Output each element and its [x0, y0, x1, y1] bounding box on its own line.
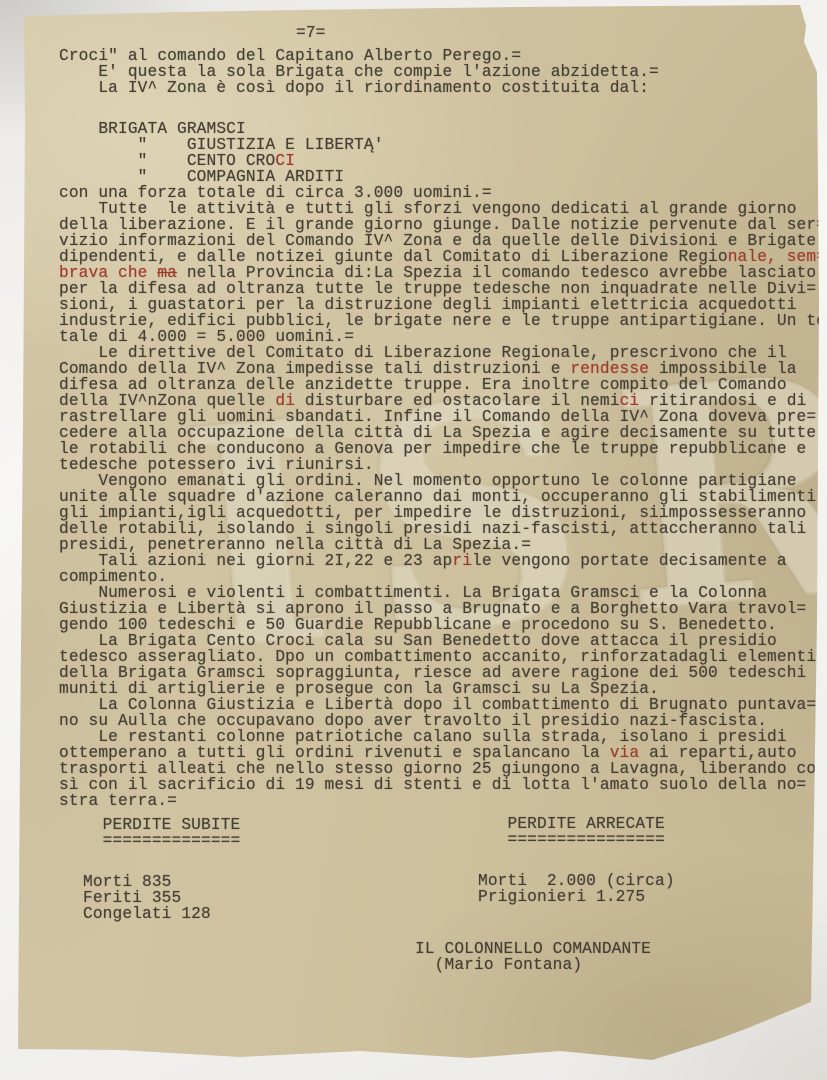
text-line: Morti 835 — [83, 874, 240, 890]
text-line: BRIGATA GRAMSCI — [59, 121, 827, 137]
text-line: della Brigata Gramsci sopraggiunta, ries… — [59, 665, 827, 681]
text-line: PERDITE SUBITE — [83, 817, 240, 833]
text-line: dipendenti, e dalle notizei giunte dal C… — [59, 249, 827, 265]
text-line: Giustizia e Libertà si aprono il passo a… — [59, 601, 827, 617]
text-line: Vengono emanati gli ordini. Nel momento … — [59, 473, 827, 489]
text-line: E' questa la sola Brigata che compie l'a… — [59, 64, 827, 80]
text-line: ============== — [83, 833, 240, 849]
casualties-left: PERDITE SUBITE ============== Morti 835F… — [83, 817, 240, 922]
text-line: La Colonna Giustizia e Libertà dopo il c… — [59, 697, 827, 713]
text-line: industrie, edifici pubblici, le brigate … — [59, 313, 827, 329]
text-line: (Mario Fontana) — [415, 957, 651, 973]
text-line — [83, 849, 240, 874]
text-line: Tutte le attività e tutti gli sforzi ven… — [59, 201, 827, 217]
text-line: trasporti alleati che nello stesso giorn… — [59, 761, 827, 777]
text-line: della IV^nZona quelle di disturbare ed o… — [59, 393, 827, 409]
text-line: delle rotabili, isolando i singoli presi… — [59, 521, 827, 537]
text-line: Tali azioni nei giorni 2I,22 e 23 aprile… — [59, 553, 827, 569]
casualties-right: PERDITE ARRECATE ================ Morti … — [478, 816, 675, 905]
text-line: brava che ma nella Provincia di:La Spezi… — [59, 265, 827, 281]
text-line: " CENTO CROCI — [59, 153, 827, 169]
text-line: Numerosi e violenti i combattimenti. La … — [59, 585, 827, 601]
text-line: vizio informazioni del Comando IV^ Zona … — [59, 233, 827, 249]
text-line: Le restanti colonne patriotiche calano s… — [59, 729, 827, 745]
text-line: Comando della IV^ Zona impedisse tali di… — [59, 361, 827, 377]
text-line: tedesche potessero ivi riunirsi. — [59, 457, 827, 473]
text-line: Morti 2.000 (circa) — [478, 873, 675, 889]
text-line: sì con il sacrificio di 19 mesi di stent… — [59, 777, 827, 793]
text-line: presidi, penetreranno nella città di La … — [59, 537, 827, 553]
text-line: della liberazione. E il grande giorno gi… — [59, 217, 827, 233]
text-line: IL COLONNELLO COMANDANTE — [415, 941, 651, 957]
text-line: compimento. — [59, 569, 827, 585]
text-line: per la difesa ad oltranza tutte le trupp… — [59, 281, 827, 297]
text-line: ottemperano a tutti gli ordini rivenuti … — [59, 745, 827, 761]
signature-block: IL COLONNELLO COMANDANTE (Mario Fontana) — [415, 941, 651, 973]
text-line: ================ — [478, 832, 675, 848]
text-line — [59, 96, 827, 121]
text-line: gendo 100 tedeschi e 50 Guardie Repubbli… — [59, 617, 827, 633]
text-line: Le direttive del Comitato di Liberazione… — [59, 345, 827, 361]
text-line: sioni, i guastatori per la distruzione d… — [59, 297, 827, 313]
text-line: muniti di artiglierie e prosegue con la … — [59, 681, 827, 697]
text-line: stra terra.= — [59, 793, 827, 809]
text-line: La IV^ Zona è così dopo il riordinamento… — [59, 80, 827, 96]
body-text: Croci" al comando del Capitano Alberto P… — [59, 48, 827, 809]
text-line: " COMPAGNIA ARDITI — [59, 169, 827, 185]
text-line: unite alle squadre d'azione caleranno da… — [59, 489, 827, 505]
text-line: tale di 4.000 = 5.000 uomini.= — [59, 329, 827, 345]
photo-background: ISR =7= Croci" al comando del Capitano A… — [0, 0, 827, 1080]
text-line: Croci" al comando del Capitano Alberto P… — [59, 48, 827, 64]
text-line: Congelati 128 — [83, 906, 240, 922]
text-line: PERDITE ARRECATE — [478, 816, 675, 832]
text-line: con una forza totale di circa 3.000 uomi… — [59, 185, 827, 201]
text-line: Prigionieri 1.275 — [478, 889, 675, 905]
text-line: le rotabili che conducono a Genova per i… — [59, 441, 827, 457]
text-line: tedesco asseragliato. Dpo un combattimen… — [59, 649, 827, 665]
document-paper: ISR =7= Croci" al comando del Capitano A… — [0, 0, 827, 1080]
text-line — [478, 848, 675, 873]
text-line: cedere alla occupazione della città di L… — [59, 425, 827, 441]
text-line: gli impianti,igli acquedotti, per impedi… — [59, 505, 827, 521]
text-line: no su Aulla che occupavano dopo aver tra… — [59, 713, 827, 729]
text-line: La Brigata Cento Croci cala su San Bened… — [59, 633, 827, 649]
page-number: =7= — [296, 24, 326, 42]
text-line: Feriti 355 — [83, 890, 240, 906]
text-line: rastrellare gli uomini sbandati. Infine … — [59, 409, 827, 425]
text-line: " GIUSTIZIA E LIBERTĄ' — [59, 137, 827, 153]
text-line: difesa ad oltranza delle anzidette trupp… — [59, 377, 827, 393]
